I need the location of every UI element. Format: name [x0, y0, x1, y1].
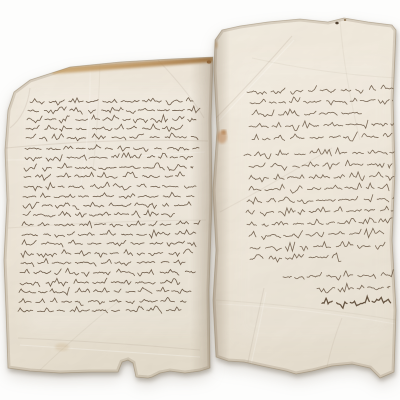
paper-stain: [207, 60, 211, 63]
paper-stain: [344, 19, 346, 21]
paper-stain: [335, 22, 338, 25]
manuscript-letter-photo: [0, 0, 400, 400]
photo-stage: [0, 0, 400, 400]
paper-stain: [222, 130, 227, 135]
paper-pressed-area: [25, 88, 205, 333]
paper-stain: [55, 343, 69, 351]
